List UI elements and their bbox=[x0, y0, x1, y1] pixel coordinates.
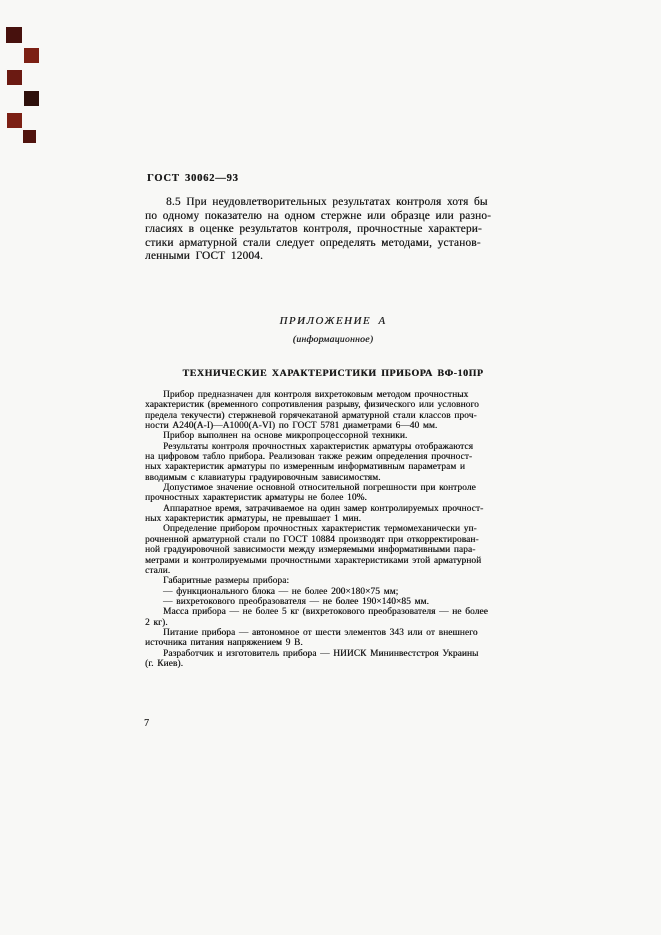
scan-artifact-mark bbox=[24, 91, 39, 106]
appendix-paragraph: Прибор выполнен на основе микропроцессор… bbox=[145, 431, 522, 441]
appendix-paragraph: Аппаратное время, затрачиваемое на один … bbox=[145, 504, 522, 525]
document-number-header: ГОСТ 30062—93 bbox=[147, 173, 239, 184]
appendix-note: (информационное) bbox=[145, 334, 521, 345]
scan-artifact-mark bbox=[7, 113, 22, 128]
appendix-paragraph: Питание прибора — автономное от шести эл… bbox=[145, 628, 522, 649]
page-number: 7 bbox=[144, 718, 149, 729]
scan-artifact-mark bbox=[7, 70, 22, 85]
appendix-paragraph: Масса прибора — не более 5 кг (вихретоко… bbox=[145, 607, 522, 628]
appendix-list-item-dimensions-probe: — вихретокового преобразователя — не бол… bbox=[145, 597, 522, 607]
appendix-title: ТЕХНИЧЕСКИЕ ХАРАКТЕРИСТИКИ ПРИБОРА ВФ-10… bbox=[145, 368, 521, 379]
scan-artifact-mark bbox=[6, 27, 22, 43]
appendix-paragraph: Результаты контроля прочностных характер… bbox=[145, 442, 522, 483]
scan-artifact-mark bbox=[23, 130, 36, 143]
appendix-paragraph: Прибор предназначен для контроля вихрето… bbox=[145, 390, 522, 431]
appendix-paragraph: Габаритные размеры прибора: bbox=[145, 576, 522, 586]
appendix-paragraph: Разработчик и изготовитель прибора — НИИ… bbox=[145, 649, 522, 670]
appendix-paragraph: Определение прибором прочностных характе… bbox=[145, 524, 522, 576]
appendix-list-item-dimensions-block: — функционального блока — не более 200×1… bbox=[145, 587, 522, 597]
appendix-paragraph: Допустимое значение основной относительн… bbox=[145, 483, 522, 504]
appendix-body: Прибор предназначен для контроля вихрето… bbox=[145, 390, 522, 669]
scan-artifact-mark bbox=[24, 48, 39, 63]
document-page: ГОСТ 30062—93 8.5 При неудовлетворительн… bbox=[0, 0, 661, 935]
clause-8-5-paragraph: 8.5 При неудовлетворительных результатах… bbox=[145, 196, 521, 264]
appendix-label: ПРИЛОЖЕНИЕ А bbox=[145, 315, 521, 327]
